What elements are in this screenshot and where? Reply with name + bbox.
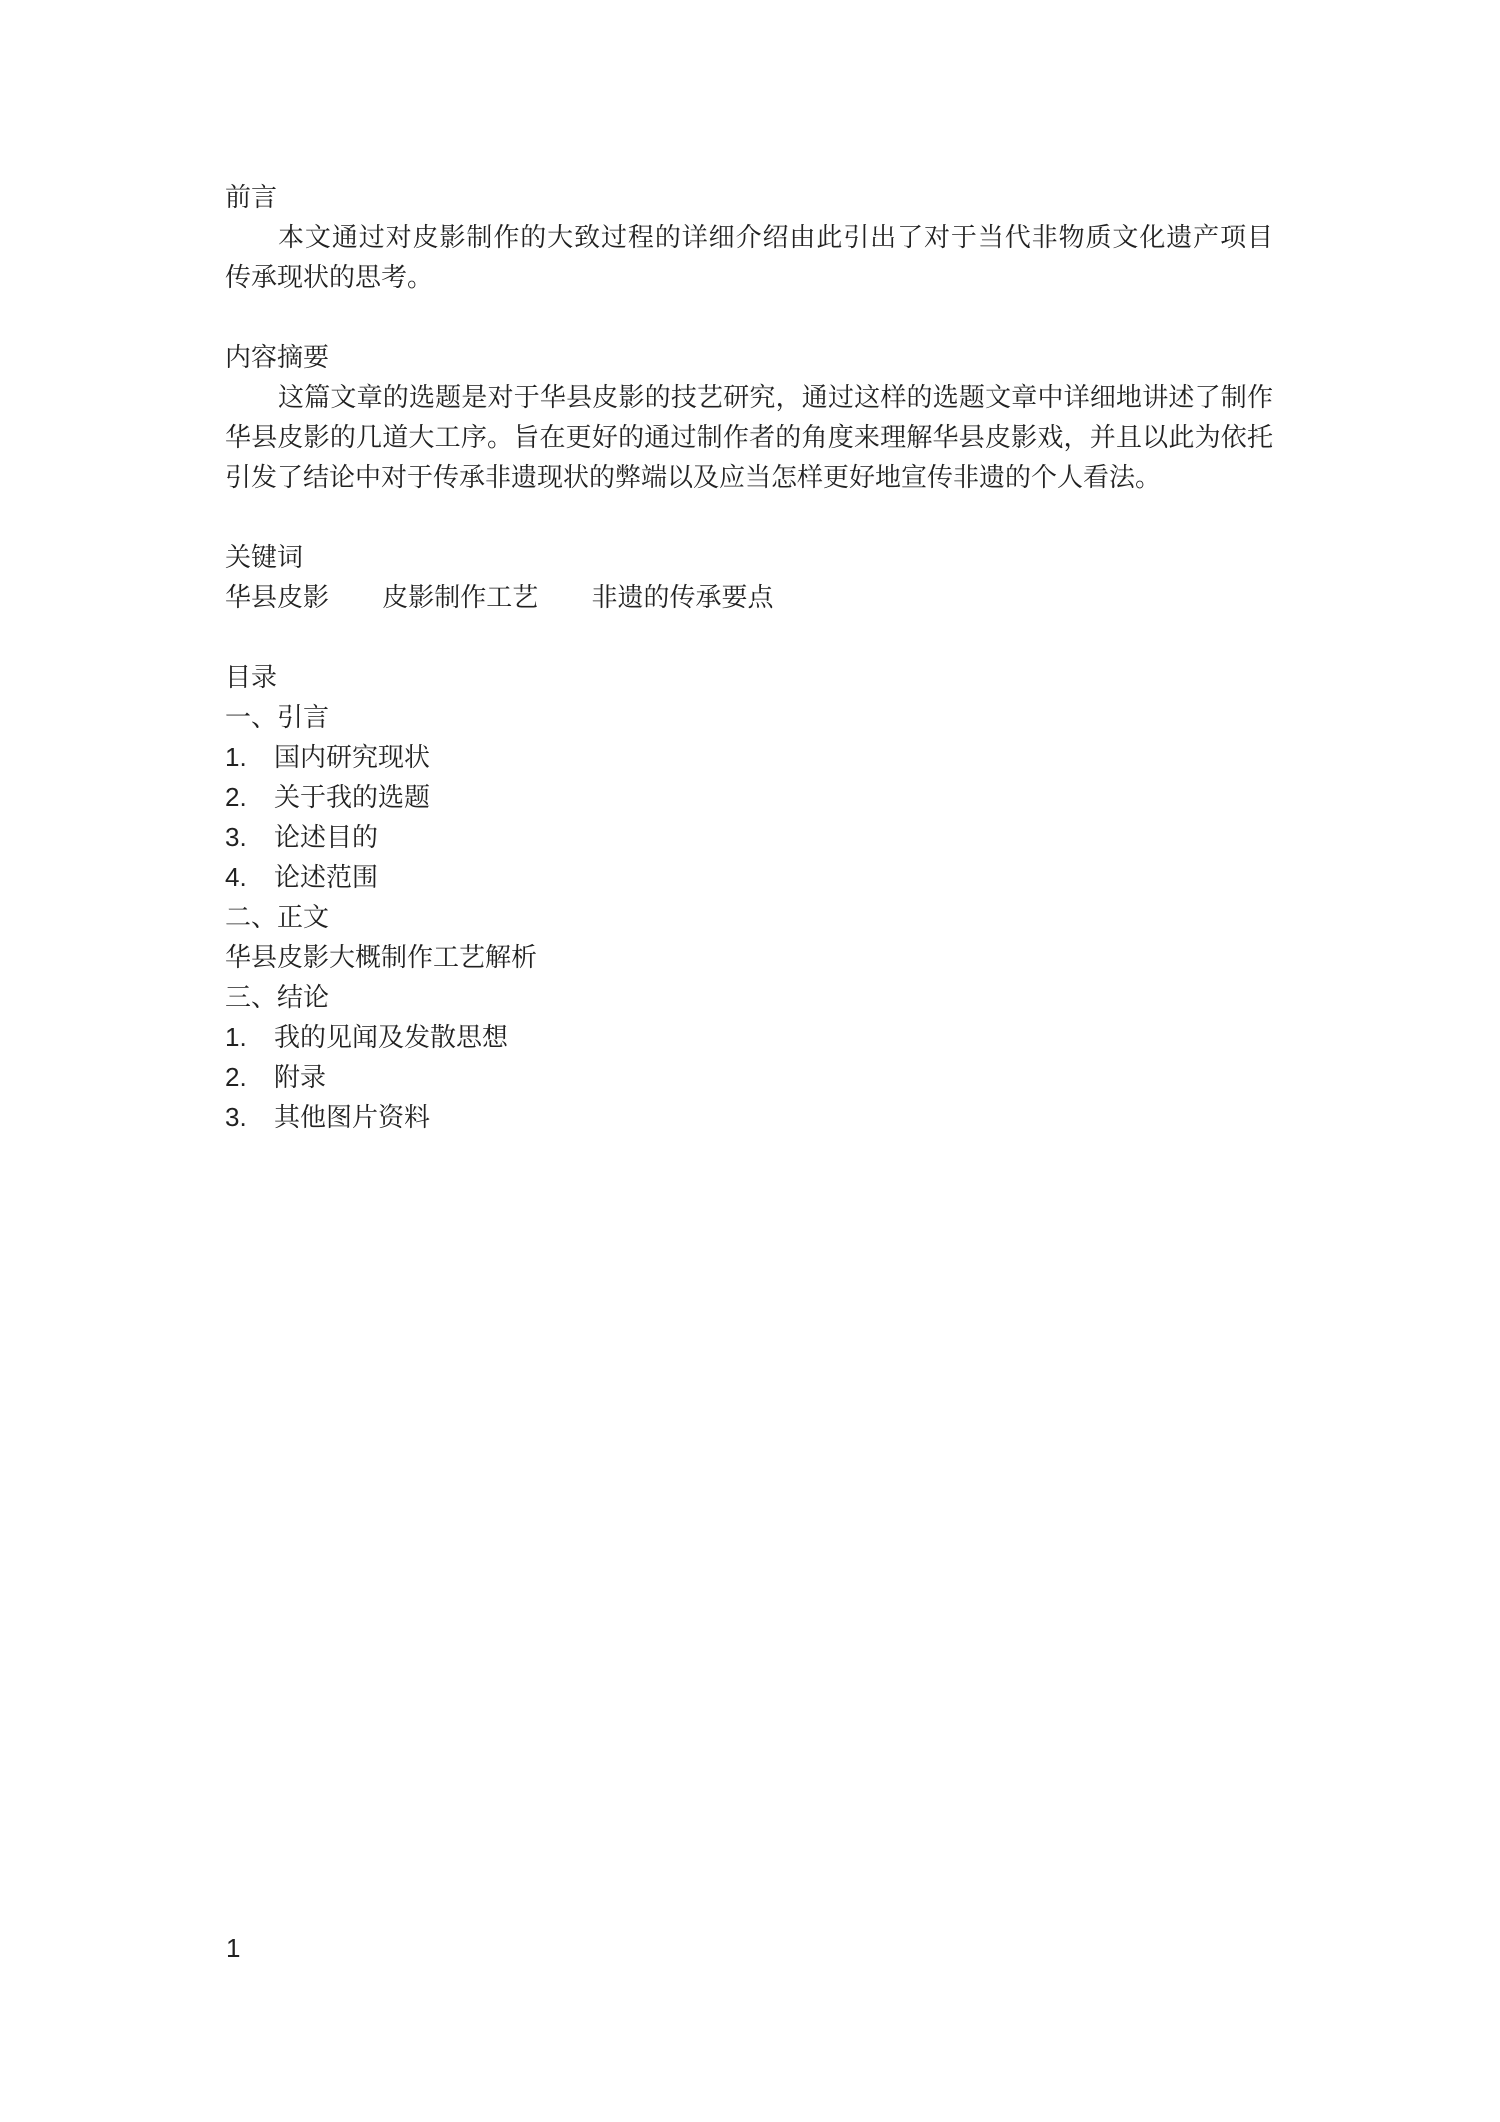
- toc-item-label: 正文: [277, 902, 329, 932]
- toc-item-label: 华县皮影大概制作工艺解析: [225, 942, 537, 972]
- keywords-heading: 关键词: [225, 537, 1273, 577]
- toc-item-marker: 1.: [225, 737, 274, 777]
- abstract-paragraph-line: 华县皮影的几道大工序。旨在更好的通过制作者的角度来理解华县皮影戏，并且以此为依托: [225, 417, 1273, 457]
- toc-item: 2.关于我的选题: [225, 777, 1273, 817]
- toc-item-label: 国内研究现状: [274, 742, 430, 772]
- toc-item-marker: 一、: [225, 697, 277, 737]
- keyword-item: 华县皮影: [225, 577, 329, 617]
- blank-line: [225, 617, 1273, 657]
- keyword-item: 非遗的传承要点: [592, 577, 774, 617]
- toc-item: 1.我的见闻及发散思想: [225, 1017, 1273, 1057]
- keywords-row: 华县皮影 皮影制作工艺 非遗的传承要点: [225, 577, 1273, 617]
- blank-line: [225, 497, 1273, 537]
- toc-heading: 目录: [225, 657, 1273, 697]
- preface-paragraph-line: 传承现状的思考。: [225, 257, 1273, 297]
- toc-item-marker: 4.: [225, 857, 274, 897]
- toc-item-label: 附录: [274, 1062, 326, 1092]
- page-number: 1: [226, 1928, 240, 1968]
- toc-item-marker: 3.: [225, 817, 274, 857]
- toc-item: 华县皮影大概制作工艺解析: [225, 937, 1273, 977]
- abstract-paragraph-line: 引发了结论中对于传承非遗现状的弊端以及应当怎样更好地宣传非遗的个人看法。: [225, 457, 1273, 497]
- toc-item: 三、结论: [225, 977, 1273, 1017]
- toc-item-label: 引言: [277, 702, 329, 732]
- abstract-paragraph-line: 这篇文章的选题是对于华县皮影的技艺研究，通过这样的选题文章中详细地讲述了制作: [225, 377, 1273, 417]
- toc-item: 一、引言: [225, 697, 1273, 737]
- abstract-heading: 内容摘要: [225, 337, 1273, 377]
- toc-item-marker: 1.: [225, 1017, 274, 1057]
- toc-item-marker: 三、: [225, 977, 277, 1017]
- blank-line: [225, 297, 1273, 337]
- toc-item-label: 我的见闻及发散思想: [274, 1022, 508, 1052]
- toc-item-marker: 3.: [225, 1097, 274, 1137]
- preface-paragraph-line: 本文通过对皮影制作的大致过程的详细介绍由此引出了对于当代非物质文化遗产项目: [225, 217, 1273, 257]
- document-content: 前言 本文通过对皮影制作的大致过程的详细介绍由此引出了对于当代非物质文化遗产项目…: [225, 177, 1273, 1137]
- toc-item-marker: 2.: [225, 1057, 274, 1097]
- document-page: 前言 本文通过对皮影制作的大致过程的详细介绍由此引出了对于当代非物质文化遗产项目…: [0, 0, 1500, 2122]
- preface-heading: 前言: [225, 177, 1273, 217]
- toc-item: 二、正文: [225, 897, 1273, 937]
- keyword-item: 皮影制作工艺: [382, 577, 538, 617]
- toc-item: 4.论述范围: [225, 857, 1273, 897]
- toc-item-label: 其他图片资料: [274, 1102, 430, 1132]
- toc-item: 2.附录: [225, 1057, 1273, 1097]
- toc-item-label: 关于我的选题: [274, 782, 430, 812]
- toc-item-marker: 二、: [225, 897, 277, 937]
- toc-item-label: 论述范围: [274, 862, 378, 892]
- toc-item-label: 论述目的: [274, 822, 378, 852]
- toc-item: 1.国内研究现状: [225, 737, 1273, 777]
- toc-item-marker: 2.: [225, 777, 274, 817]
- toc-item: 3.其他图片资料: [225, 1097, 1273, 1137]
- toc-item: 3.论述目的: [225, 817, 1273, 857]
- toc-item-label: 结论: [277, 982, 329, 1012]
